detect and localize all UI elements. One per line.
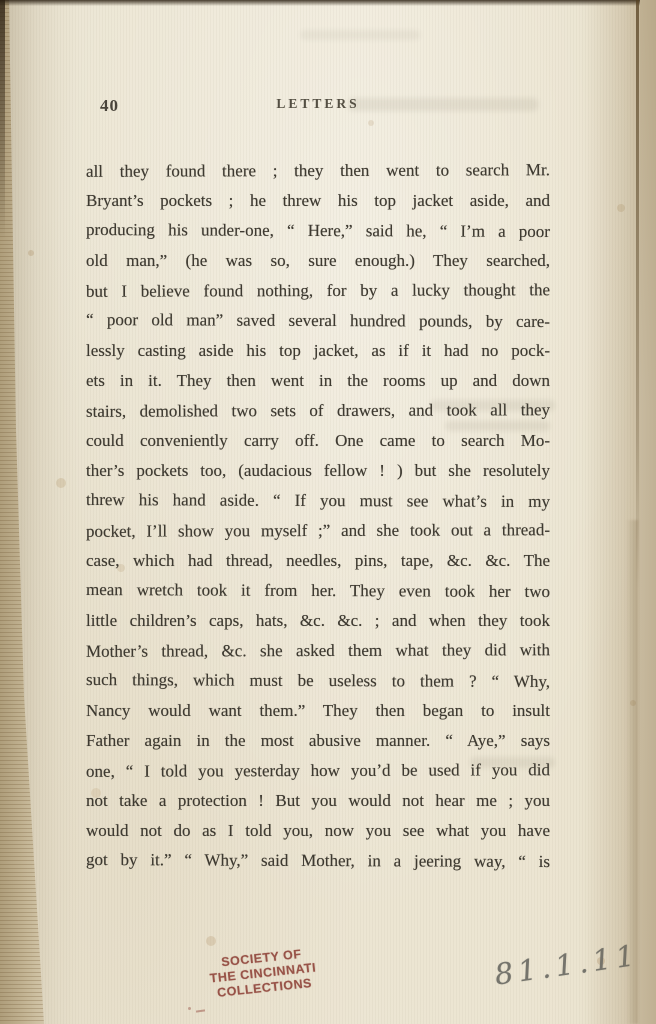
text-line: ets in it. They then went in the rooms u… [86, 366, 550, 396]
text-line: one, “ I told you yesterday how you’d be… [86, 755, 550, 787]
text-line: all they found there ; they then went to… [86, 155, 550, 187]
foxing-spots [28, 250, 34, 256]
text-line: such things, which must be useless to th… [86, 665, 550, 697]
scan-corner-shadow [0, 0, 5, 240]
text-line: Mother’s thread, &c. she asked them what… [86, 635, 550, 667]
text-line: pocket, I’ll show you myself ;” and she … [86, 515, 550, 547]
text-line: but I believe found nothing, for by a lu… [86, 275, 550, 307]
text-line: not take a protection ! But you would no… [86, 786, 550, 816]
page-number: 40 [100, 96, 119, 116]
text-line: got by it.” “ Why,” said Mother, in a je… [86, 845, 550, 877]
text-line: could conveniently carry off. One came t… [86, 426, 550, 456]
text-line: little children’s caps, hats, &c. &c. ; … [86, 606, 550, 636]
text-line: “ poor old man” saved several hundred po… [86, 305, 550, 337]
page-header: 40 LETTERS [86, 96, 550, 118]
body-text: all they found there ; they then went to… [86, 156, 550, 876]
show-through-mark [300, 30, 420, 40]
stamp-smudge-dot [188, 1007, 191, 1010]
text-line: would not do as I told you, now you see … [86, 816, 550, 846]
text-line: stairs, demolished two sets of drawers, … [86, 395, 550, 427]
text-line: Father again in the most abusive manner.… [86, 726, 550, 756]
text-line: threw his hand aside. “ If you must see … [86, 485, 550, 517]
text-line: old man,” (he was so, sure enough.) They… [86, 246, 550, 276]
scan-top-edge [0, 0, 656, 6]
text-line: case, which had thread, needles, pins, t… [86, 546, 550, 576]
text-line: producing his under-one, “ Here,” said h… [86, 215, 550, 247]
running-title: LETTERS [86, 96, 550, 112]
text-line: mean wretch took it from her. They even … [86, 575, 550, 607]
collection-stamp: SOCIETY OF THE CINCINNATI COLLECTIONS [190, 944, 336, 1004]
text-line: Bryant’s pockets ; he threw his top jack… [86, 186, 550, 216]
stamp-smudge [196, 1009, 205, 1012]
adjacent-page-edge [640, 0, 656, 1024]
scanned-book-page: 40 LETTERS all they found there ; they t… [0, 0, 656, 1024]
text-line: ther’s pockets too, (audacious fellow ! … [86, 456, 550, 486]
text-line: lessly casting aside his top jacket, as … [86, 336, 550, 366]
book-page-edges [0, 0, 48, 1024]
page-crease-shadow [626, 520, 638, 1024]
text-line: Nancy would want them.” They then began … [86, 696, 550, 726]
page-crease-line [636, 0, 639, 590]
